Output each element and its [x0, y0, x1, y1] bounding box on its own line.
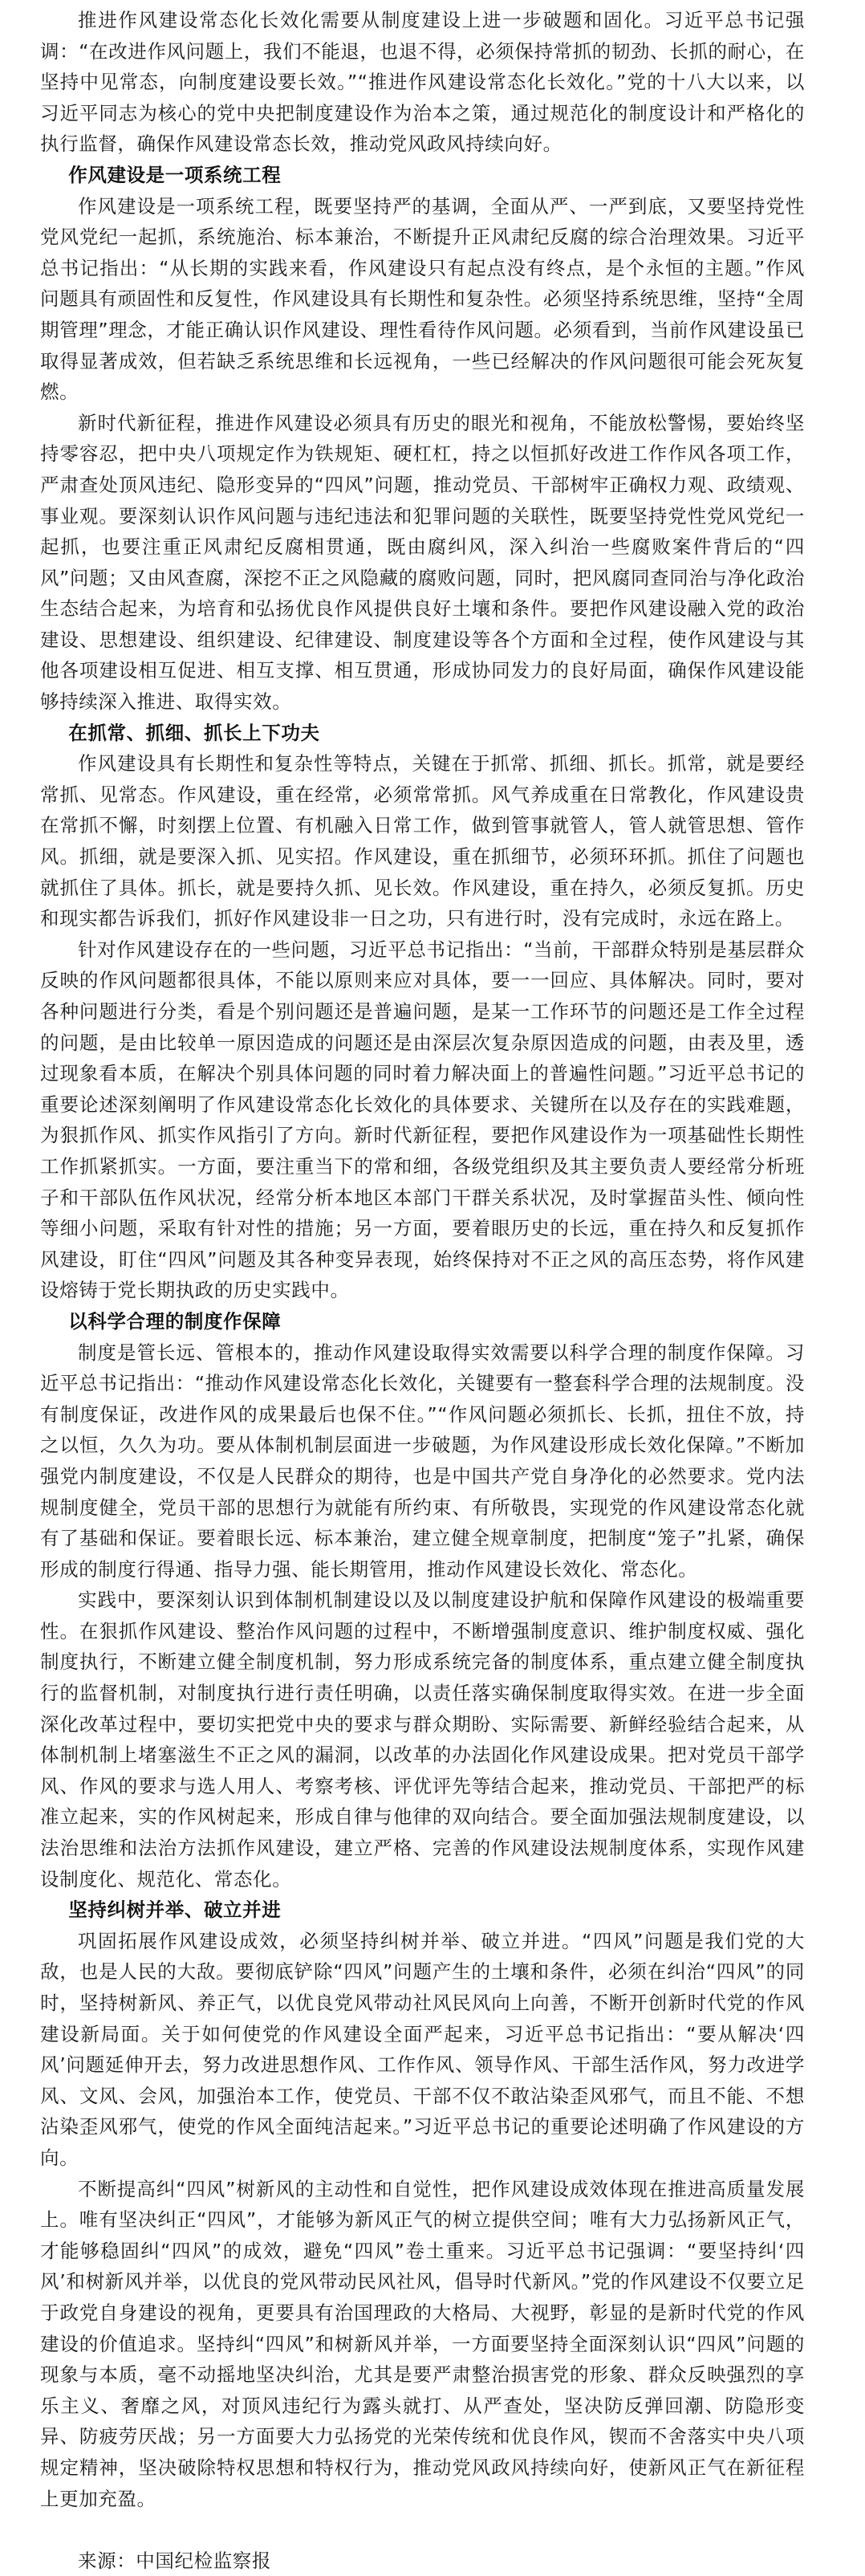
article-body: 推进作风建设常态化长效化需要从制度建设上进一步破题和固化。习近平总书记强调：“在… — [0, 0, 865, 2576]
paragraph: 针对作风建设存在的一些问题，习近平总书记指出：“当前，干部群众特别是基层群众反映… — [40, 934, 805, 1306]
source-attribution: 来源：中国纪检监察报 — [40, 2545, 805, 2576]
paragraph: 新时代新征程，推进作风建设必须具有历史的眼光和视角，不能放松警惕，要始终坚持零容… — [40, 408, 805, 718]
paragraph: 作风建设是一项系统工程，既要坚持严的基调，全面从严、一严到底，又要坚持党性党风党… — [40, 191, 805, 408]
paragraph: 不断提高纠“四风”树新风的主动性和自觉性，把作风建设成效体现在推进高质量发展上。… — [40, 2174, 805, 2515]
section-heading-regular-detailed-long: 在抓常、抓细、抓长上下功夫 — [40, 718, 805, 749]
paragraph: 巩固拓展作风建设成效，必须坚持纠树并举、破立并进。“四风”问题是我们党的大敌，也… — [40, 1926, 805, 2174]
section-heading-systematic: 作风建设是一项系统工程 — [40, 160, 805, 191]
paragraph: 制度是管长远、管根本的，推动作风建设取得实效需要以科学合理的制度作保障。习近平总… — [40, 1337, 805, 1585]
section-heading-institutional-guarantee: 以科学合理的制度作保障 — [40, 1306, 805, 1337]
paragraph: 作风建设具有长期性和复杂性等特点，关键在于抓常、抓细、抓长。抓常，就是要经常抓、… — [40, 748, 805, 934]
intro-paragraph: 推进作风建设常态化长效化需要从制度建设上进一步破题和固化。习近平总书记强调：“在… — [40, 5, 805, 160]
paragraph: 实践中，要深刻认识到体制机制建设以及以制度建设护航和保障作风建设的极端重要性。在… — [40, 1585, 805, 1894]
section-heading-correct-and-establish: 坚持纠树并举、破立并进 — [40, 1894, 805, 1926]
